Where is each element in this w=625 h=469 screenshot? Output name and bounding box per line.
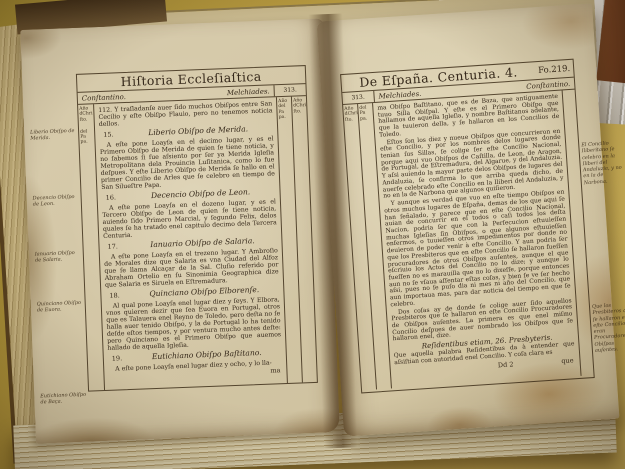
year-column-label: del Pa pa.	[359, 105, 372, 122]
left-page: Liberio Obiſpo de Merida. Decencio Obiſp…	[20, 18, 340, 443]
year-cell: 313.	[273, 84, 305, 96]
right-page: El Concilio Iliberitano ſe celebro en la…	[317, 3, 620, 436]
gathering-signature: Dd 2	[498, 361, 514, 369]
margin-note: El Concilio Iliberitano ſe celebro en la…	[581, 139, 625, 186]
margin-note: Liberio Obiſpo de Merida.	[30, 128, 76, 142]
year-column-label: Año dChri ſto.	[293, 98, 306, 114]
paragraph: Al qual pone Loayſa enel lugar diez y ſe…	[106, 296, 282, 352]
right-page-printed-frame: De Eſpaña. Centuria. 4. Fo.219. 313. Mel…	[340, 59, 595, 394]
section-number: 18.	[105, 292, 129, 300]
section-number: 17.	[103, 243, 127, 251]
section-number: 16.	[102, 194, 126, 202]
photo-open-antique-book: Liberio Obiſpo de Merida. Decencio Obiſp…	[0, 0, 625, 469]
section-number: 19.	[108, 355, 132, 363]
paragraph: A eſte pone Loayſa en el decimo lugar, y…	[100, 135, 276, 191]
margin-note: Decencio Obiſpo de Leon.	[33, 194, 79, 208]
section-number: 15.	[99, 131, 123, 139]
margin-note: Que los Presbiteros que ſe hallaron en e…	[592, 301, 625, 354]
folio-number: Fo.219.	[535, 63, 574, 75]
year-column-label: Año dChri ſto.	[79, 106, 93, 122]
year-cell: 313.	[342, 91, 375, 104]
emperor-name: Conſtantino.	[82, 91, 126, 104]
year-column-label: del Pa pa.	[80, 129, 94, 145]
paragraph: A eſte pone Loayſa en el dozeno lugar, y…	[102, 198, 277, 240]
margin-note: Eutichiano Obiſpo de Baça.	[40, 392, 86, 406]
paragraph: Y aunque es verdad que vuo en eſte tiemp…	[384, 190, 572, 309]
pope-name: Melchiades.	[227, 85, 270, 98]
year-column-label: Año dChri ſto.	[344, 106, 357, 123]
paragraph: A eſte pone Loayſa en el trezeno lugar. …	[104, 247, 279, 289]
left-text-column: 112. Y traſladanſe auer ſido muchos Obiſ…	[94, 97, 287, 390]
right-text-column: ma Obiſpo Baſtitano, que es de Baza, que…	[373, 91, 581, 389]
margin-note: Ianuario Obiſpo de Salaria.	[35, 250, 81, 264]
catchword: que	[561, 357, 574, 365]
left-page-printed-frame: Hiſtoria Eccleſiaſtica Conſtantino. Melc…	[76, 65, 318, 392]
margin-note: Quinciano Obiſpo de Euora.	[37, 300, 83, 314]
year-column-label: Año del Pa pa.	[278, 99, 291, 121]
